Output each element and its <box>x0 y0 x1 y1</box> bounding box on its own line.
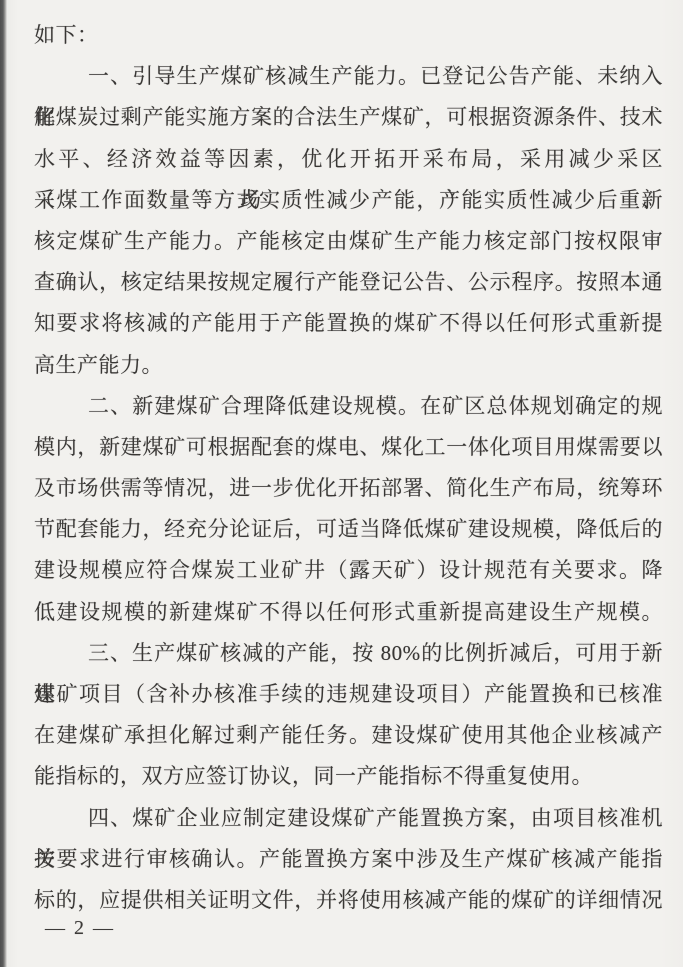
text-line: 及市场供需等情况，进一步优化开拓部署、简化生产布局，统筹环 <box>34 468 663 509</box>
text-line: 在建煤矿承担化解过剩产能任务。建设煤矿使用其他企业核减产 <box>34 715 663 756</box>
text-line: 二、新建煤矿合理降低建设规模。在矿区总体规划确定的规 <box>34 386 663 427</box>
text-line: 知要求将核减的产能用于产能置换的煤矿不得以任何形式重新提 <box>34 303 663 344</box>
text-line: 一、引导生产煤矿核减生产能力。已登记公告产能、未纳入化 <box>34 56 663 97</box>
text-line: 如下： <box>34 15 663 56</box>
text-line: 解煤炭过剩产能实施方案的合法生产煤矿，可根据资源条件、技术 <box>34 97 663 138</box>
scan-edge-artifact <box>0 0 7 967</box>
text-line: 按要求进行审核确认。产能置换方案中涉及生产煤矿核减产能指 <box>34 839 663 880</box>
text-line: 能指标的，双方应签订协议，同一产能指标不得重复使用。 <box>34 756 663 797</box>
text-line: 低建设规模的新建煤矿不得以任何形式重新提高建设生产规模。 <box>34 592 663 633</box>
text-line: 煤矿项目（含补办核准手续的违规建设项目）产能置换和已核准 <box>34 674 663 715</box>
text-line: 节配套能力，经充分论证后，可适当降低煤矿建设规模，降低后的 <box>34 509 663 550</box>
text-line: 四、煤矿企业应制定建设煤矿产能置换方案，由项目核准机关 <box>34 798 663 839</box>
page-number: — 2 — <box>45 908 115 948</box>
text-line: 核定煤矿生产能力。产能核定由煤矿生产能力核定部门按权限审 <box>34 221 663 262</box>
document-page: 如下： 一、引导生产煤矿核减生产能力。已登记公告产能、未纳入化 解煤炭过剩产能实… <box>0 0 683 967</box>
text-line: 水平、经济效益等因素，优化开拓开采布局，采用减少采区（场）、 <box>34 139 663 180</box>
page-number-text: — 2 — <box>45 917 115 939</box>
text-line: 采煤工作面数量等方式实质性减少产能，产能实质性减少后重新 <box>34 180 663 221</box>
text-line: 模内，新建煤矿可根据配套的煤电、煤化工一体化项目用煤需要以 <box>34 427 663 468</box>
text-line: 高生产能力。 <box>34 345 663 386</box>
document-body: 如下： 一、引导生产煤矿核减生产能力。已登记公告产能、未纳入化 解煤炭过剩产能实… <box>34 15 663 921</box>
text-line: 三、生产煤矿核减的产能，按 80%的比例折减后，可用于新建 <box>34 633 663 674</box>
text-line: 查确认，核定结果按规定履行产能登记公告、公示程序。按照本通 <box>34 262 663 303</box>
text-line: 标的，应提供相关证明文件，并将使用核减产能的煤矿的详细情况 <box>34 880 663 921</box>
text-line: 建设规模应符合煤炭工业矿井（露天矿）设计规范有关要求。降 <box>34 550 663 591</box>
